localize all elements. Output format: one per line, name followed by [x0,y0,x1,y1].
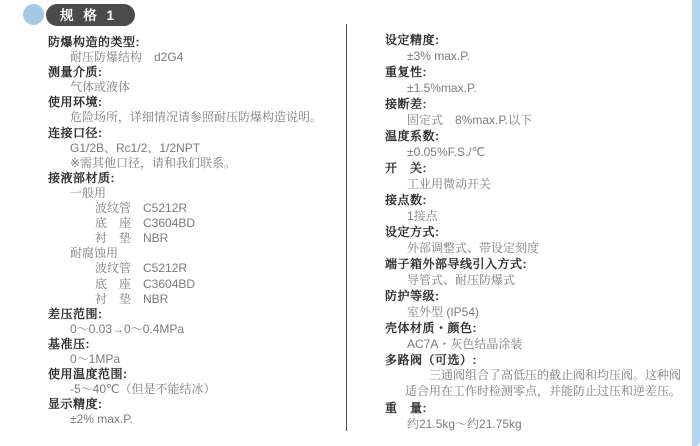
spec-value: 外部调整式、带设定刻度 [385,240,690,256]
header-bullet-circle-icon [23,4,44,25]
spec-label: 多路阀（可选）: [385,352,690,368]
spec-value: ±1.5%max.P. [385,80,690,96]
spec-column-left: 防爆构造的类型:耐压防爆结构 d2G4测量介质:气体或液体使用环境:危险场所，详… [48,35,344,427]
spec-value: 0～0.03→0～0.4MPa [48,322,344,337]
spec-value: 导管式、耐压防爆式 [385,272,690,288]
spec-label: 防爆构造的类型: [48,35,344,50]
spec-label: 温度系数: [385,128,690,144]
spec-label: 使用温度范围: [48,367,344,382]
spec-value: 衬 垫 NBR [48,292,344,307]
spec-value: 危险场所，详细情况请参照耐压防爆构造说明。 [48,110,344,125]
column-divider [346,24,347,431]
spec-label: 使用环境: [48,95,344,110]
spec-label: 连接口径: [48,126,344,141]
spec-value: 耐腐蚀用 [48,246,344,261]
spec-label: 设定精度: [385,32,690,48]
spec-label: 开 关: [385,160,690,176]
spec-value: ±2% max.P. [48,412,344,427]
spec-label: 接点数: [385,192,690,208]
spec-value: 底 座 C3604BD [48,277,344,292]
spec-value: 工业用微动开关 [385,176,690,192]
spec-column-right: 设定精度:±3% max.P.重复性:±1.5%max.P.接断差:固定式 8%… [385,32,690,432]
spec-value: 衬 垫 NBR [48,231,344,246]
spec-label: 重复性: [385,64,690,80]
spec-value: 气体或液体 [48,80,344,95]
section-header: 规 格 1 [23,4,135,25]
spec-value: 底 座 C3604BD [48,216,344,231]
spec-label: 基准压: [48,337,344,352]
spec-value: ±0.05%F.S./℃ [385,144,690,160]
spec-value: AC7A・灰色结晶涂装 [385,336,690,352]
spec-value: -5～40℃（但是不能结冰） [48,382,344,397]
spec-value: 三通阀组合了高低压的截止阀和均压阀。这种阀适合用在工作时检测零点，并能防止过压和… [385,368,690,400]
spec-label: 设定方式: [385,224,690,240]
spec-label: 防护等级: [385,288,690,304]
spec-label: 重 量: [385,400,690,416]
page-edge-stripe [692,0,700,446]
spec-value: ※需其他口径，请和我们联系。 [48,156,344,171]
section-title: 规 格 1 [60,4,117,24]
spec-label: 接液部材质: [48,171,344,186]
spec-value: 固定式 8%max.P.以下 [385,112,690,128]
spec-value: 一般用 [48,186,344,201]
spec-label: 差压范围: [48,307,344,322]
section-title-pill: 规 格 1 [46,4,135,26]
spec-label: 壳体材质・颜色: [385,320,690,336]
spec-label: 测量介质: [48,65,344,80]
spec-value: 耐压防爆结构 d2G4 [48,50,344,65]
spec-label: 端子箱外部导线引入方式: [385,256,690,272]
spec-label: 接断差: [385,96,690,112]
spec-value: 室外型 (IP54) [385,304,690,320]
spec-label: 显示精度: [48,397,344,412]
spec-value: G1/2B、Rc1/2、1/2NPT [48,141,344,156]
spec-value: 波纹管 C5212R [48,201,344,216]
spec-value: 0～1MPa [48,352,344,367]
spec-value: 1接点 [385,208,690,224]
spec-value: ±3% max.P. [385,48,690,64]
spec-value: 约21.5kg～约21.75kg [385,416,690,432]
spec-value: 波纹管 C5212R [48,261,344,276]
